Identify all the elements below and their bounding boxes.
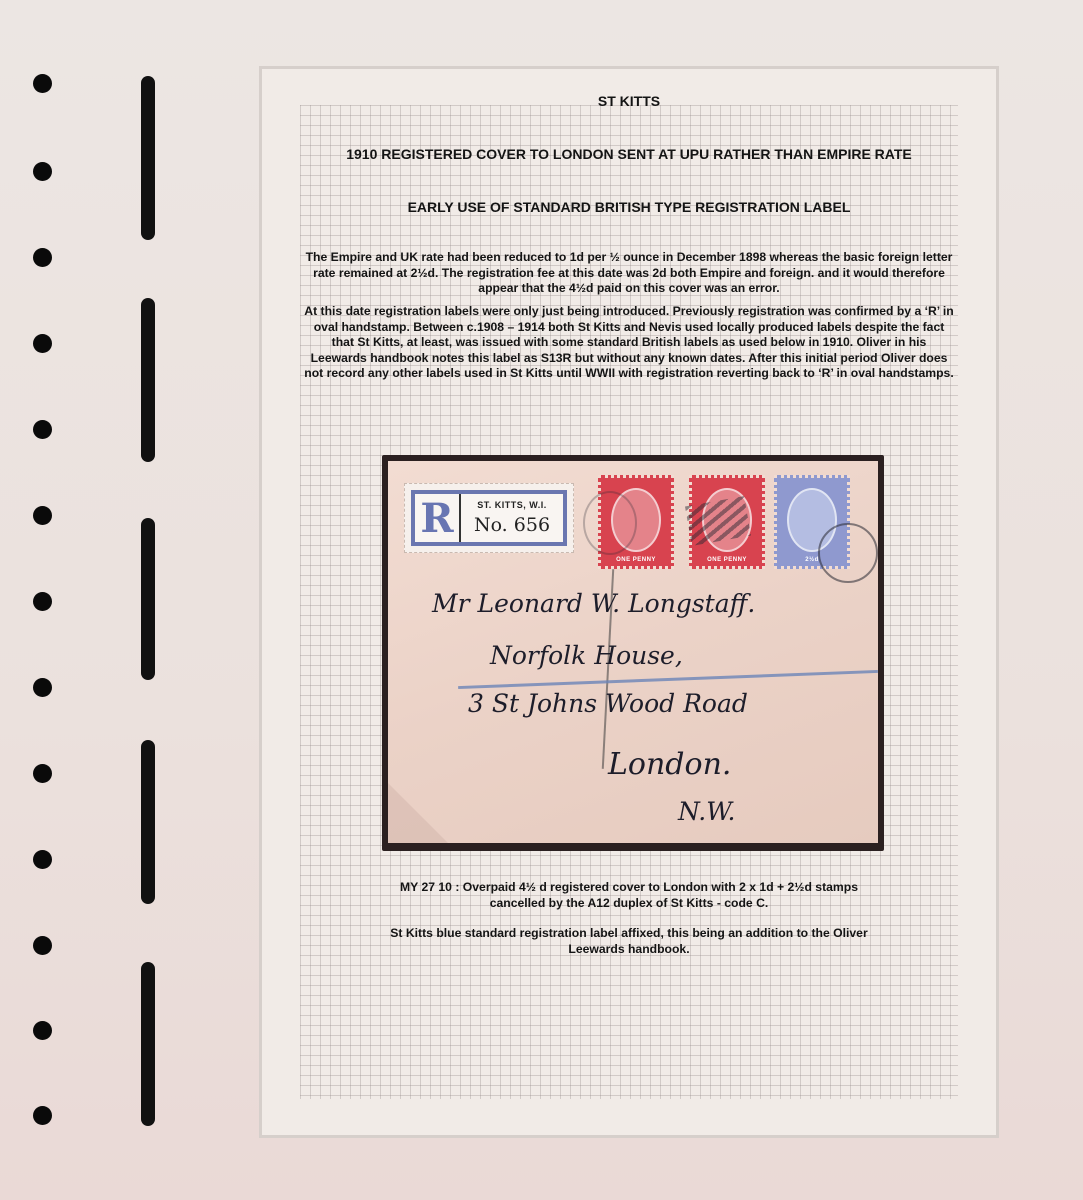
binder-hole — [33, 936, 52, 955]
binder-hole — [33, 334, 52, 353]
page-title: ST KITTS — [262, 93, 996, 109]
page-subtitle-label: EARLY USE OF STANDARD BRITISH TYPE REGIS… — [262, 199, 996, 215]
address-line-3: 3 St Johns Wood Road — [468, 689, 748, 718]
caption-cover-details: MY 27 10 : Overpaid 4½ d registered cove… — [262, 879, 996, 911]
blue-crayon-line — [458, 670, 878, 689]
binder-hole — [33, 506, 52, 525]
binder-slot — [141, 962, 155, 1126]
envelope-fold — [388, 783, 448, 843]
registration-label: R ST. KITTS, W.I. No. 656 — [404, 483, 574, 553]
registered-cover: R ST. KITTS, W.I. No. 656 ONE PENNY ONE … — [388, 461, 878, 843]
binder-hole — [33, 592, 52, 611]
address-line-5: N.W. — [678, 797, 736, 826]
address-line-4: London. — [608, 747, 731, 782]
registration-place: ST. KITTS, W.I. — [477, 500, 547, 510]
postmark-ring — [583, 491, 637, 555]
album-page: ST KITTS 1910 REGISTERED COVER TO LONDON… — [259, 66, 999, 1138]
binder-hole — [33, 678, 52, 697]
binder-hole — [33, 1021, 52, 1040]
binder-slot — [141, 298, 155, 462]
description-labels: At this date registration labels were on… — [262, 304, 996, 382]
binder-hole — [33, 162, 52, 181]
binder-hole — [33, 850, 52, 869]
address-line-1: Mr Leonard W. Longstaff. — [432, 589, 755, 618]
datestamp-ring — [818, 523, 878, 583]
registration-number: No. 656 — [474, 514, 550, 536]
binder-slot — [141, 76, 155, 240]
binder-slot — [141, 518, 155, 680]
binder-hole — [33, 248, 52, 267]
caption-label-note: St Kitts blue standard registration labe… — [262, 925, 996, 957]
binder-hole — [33, 1106, 52, 1125]
page-subtitle-rate: 1910 REGISTERED COVER TO LONDON SENT AT … — [262, 146, 996, 162]
address-line-2: Norfolk House, — [490, 641, 683, 670]
binder-hole — [33, 74, 52, 93]
registration-letter: R — [415, 494, 461, 542]
description-rate: The Empire and UK rate had been reduced … — [262, 250, 996, 297]
binder-hole — [33, 420, 52, 439]
binder-slot — [141, 740, 155, 904]
binder-hole — [33, 764, 52, 783]
cover-mount: R ST. KITTS, W.I. No. 656 ONE PENNY ONE … — [382, 455, 884, 851]
